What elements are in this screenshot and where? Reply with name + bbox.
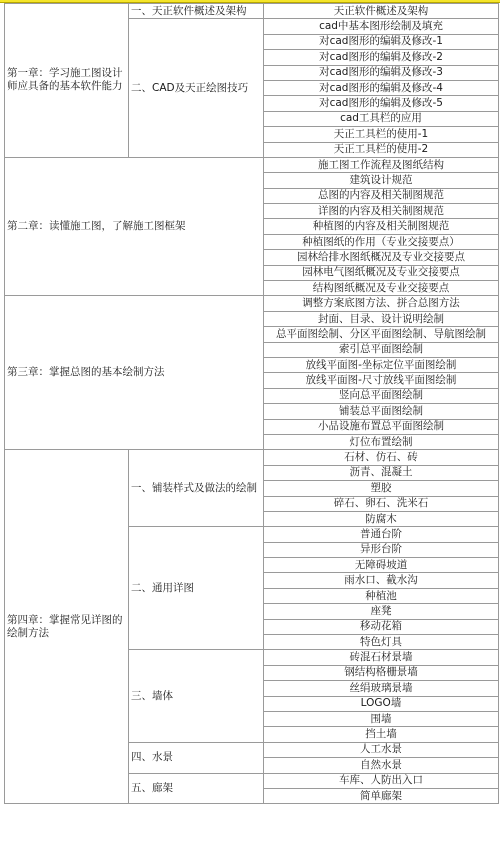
item-cell: 围墙 — [264, 711, 499, 726]
item-cell: 小品设施布置总平面图绘制 — [264, 419, 499, 434]
item-cell: 铺装总平面图绘制 — [264, 404, 499, 419]
item-cell: 自然水景 — [264, 758, 499, 773]
item-cell: 特色灯具 — [264, 635, 499, 650]
item-cell: 索引总平面图绘制 — [264, 342, 499, 357]
item-cell: 天正软件概述及架构 — [264, 4, 499, 19]
item-cell: 施工图工作流程及图纸结构 — [264, 157, 499, 172]
item-cell: 钢结构格栅景墙 — [264, 665, 499, 680]
item-cell: 移动花箱 — [264, 619, 499, 634]
item-cell: 天正工具栏的使用-2 — [264, 142, 499, 157]
section-cell: 二、通用详图 — [129, 527, 264, 650]
item-cell: 种植池 — [264, 588, 499, 603]
chapter-cell: 第一章：学习施工图设计师应具备的基本软件能力 — [5, 4, 129, 158]
item-cell: 砖混石材景墙 — [264, 650, 499, 665]
course-outline-table: 第一章：学习施工图设计师应具备的基本软件能力 一、天正软件概述及架构 天正软件概… — [4, 3, 499, 804]
section-cell: 三、墙体 — [129, 650, 264, 742]
item-cell: 天正工具栏的使用-1 — [264, 127, 499, 142]
item-cell: 放线平面图-坐标定位平面图绘制 — [264, 357, 499, 372]
item-cell: 碎石、卵石、洗米石 — [264, 496, 499, 511]
item-cell: 简单廊架 — [264, 788, 499, 803]
item-cell: 座凳 — [264, 604, 499, 619]
item-cell: 对cad图形的编辑及修改-5 — [264, 96, 499, 111]
item-cell: 调整方案底图方法、拼合总图方法 — [264, 296, 499, 311]
item-cell: 对cad图形的编辑及修改-1 — [264, 34, 499, 49]
item-cell: 总平面图绘制、分区平面图绘制、导航图绘制 — [264, 327, 499, 342]
item-cell: 普通台阶 — [264, 527, 499, 542]
item-cell: 园林电气图纸概况及专业交接要点 — [264, 265, 499, 280]
section-cell: 五、廊架 — [129, 773, 264, 804]
item-cell: 挡土墙 — [264, 727, 499, 742]
item-cell: 种植图的内容及相关制图规范 — [264, 219, 499, 234]
item-cell: 对cad图形的编辑及修改-2 — [264, 50, 499, 65]
chapter-cell: 第四章：掌握常见详图的绘制方法 — [5, 450, 129, 804]
item-cell: 对cad图形的编辑及修改-4 — [264, 80, 499, 95]
item-cell: 灯位布置绘制 — [264, 434, 499, 449]
item-cell: 丝绢玻璃景墙 — [264, 681, 499, 696]
item-cell: 沥青、混凝土 — [264, 465, 499, 480]
item-cell: 结构图纸概况及专业交接要点 — [264, 281, 499, 296]
item-cell: cad工具栏的应用 — [264, 111, 499, 126]
item-cell: 人工水景 — [264, 742, 499, 757]
item-cell: 总图的内容及相关制图规范 — [264, 188, 499, 203]
chapter-cell: 第二章：读懂施工图，了解施工图框架 — [5, 157, 264, 296]
item-cell: 石材、仿石、砖 — [264, 450, 499, 465]
table-row: 第四章：掌握常见详图的绘制方法 一、铺装样式及做法的绘制 石材、仿石、砖 — [5, 450, 499, 465]
section-cell: 一、铺装样式及做法的绘制 — [129, 450, 264, 527]
item-cell: 对cad图形的编辑及修改-3 — [264, 65, 499, 80]
item-cell: 防腐木 — [264, 511, 499, 526]
item-cell: 详图的内容及相关制图规范 — [264, 204, 499, 219]
item-cell: 塑胶 — [264, 481, 499, 496]
table-row: 第三章：掌握总图的基本绘制方法 调整方案底图方法、拼合总图方法 — [5, 296, 499, 311]
item-cell: 异形台阶 — [264, 542, 499, 557]
item-cell: LOGO墙 — [264, 696, 499, 711]
item-cell: 放线平面图-尺寸放线平面图绘制 — [264, 373, 499, 388]
table-row: 第一章：学习施工图设计师应具备的基本软件能力 一、天正软件概述及架构 天正软件概… — [5, 4, 499, 19]
section-cell: 二、CAD及天正绘图技巧 — [129, 19, 264, 158]
section-cell: 四、水景 — [129, 742, 264, 773]
item-cell: 竖向总平面图绘制 — [264, 388, 499, 403]
item-cell: 封面、目录、设计说明绘制 — [264, 311, 499, 326]
section-cell: 一、天正软件概述及架构 — [129, 4, 264, 19]
item-cell: 园林给排水图纸概况及专业交接要点 — [264, 250, 499, 265]
item-cell: cad中基本图形绘制及填充 — [264, 19, 499, 34]
item-cell: 种植图纸的作用（专业交接要点） — [264, 234, 499, 249]
item-cell: 无障碍坡道 — [264, 558, 499, 573]
item-cell: 车库、人防出入口 — [264, 773, 499, 788]
chapter-cell: 第三章：掌握总图的基本绘制方法 — [5, 296, 264, 450]
item-cell: 雨水口、截水沟 — [264, 573, 499, 588]
item-cell: 建筑设计规范 — [264, 173, 499, 188]
table-row: 第二章：读懂施工图，了解施工图框架 施工图工作流程及图纸结构 — [5, 157, 499, 172]
